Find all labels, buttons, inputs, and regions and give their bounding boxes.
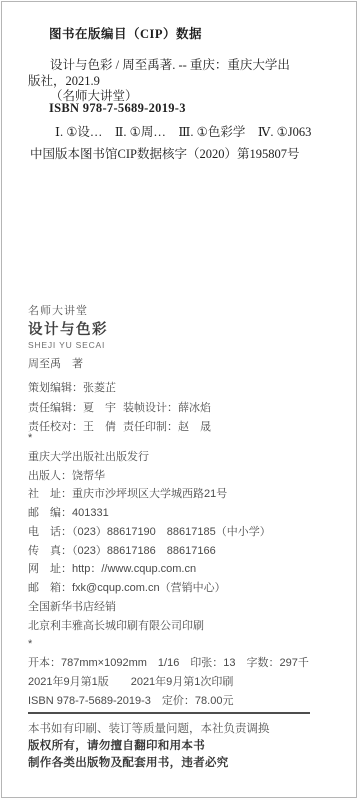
cip-registry-line: 中国版本图书馆CIP数据核字（2020）第195807号	[30, 144, 299, 162]
email-line: 邮 箱：fxk@cqup.com.cn（营销中心）	[28, 579, 309, 598]
cip-isbn-line: ISBN 978-7-5689-2019-3	[49, 101, 186, 116]
binding-designer: 装帧设计：薛冰焰	[123, 399, 211, 415]
cip-heading: 图书在版编目（CIP）数据	[49, 24, 202, 42]
divider-rule	[28, 712, 310, 714]
staff-row: 策划编辑：张菱芷	[28, 379, 328, 399]
isbn-price-line: ISBN 978-7-5689-2019-3 定价：78.00元	[28, 692, 309, 711]
copyright-notice-line1: 版权所有，请勿擅自翻印和用本书	[28, 737, 205, 753]
postcode-line: 邮 编：401331	[28, 504, 309, 523]
author-line: 周至禹 著	[28, 355, 83, 371]
series-name: 名师大讲堂	[28, 302, 88, 318]
publisher-line: 重庆大学出版社出版发行	[28, 448, 309, 467]
website-line: 网 址：http：//www.cqup.com.cn	[28, 560, 309, 579]
quality-notice: 本书如有印刷、装订等质量问题，本社负责调换	[28, 720, 270, 736]
book-title-pinyin: SHEJI YU SECAI	[28, 340, 105, 350]
book-title: 设计与色彩	[28, 318, 108, 339]
colophon-asterisk: *	[28, 635, 309, 654]
distribution-line: 全国新华书店经销	[28, 598, 309, 617]
copyright-notice-line2: 制作各类出版物及配套用书，违者必究	[28, 754, 229, 770]
fax-line: 传 真：（023）88617186 88617166	[28, 542, 309, 561]
printer-line: 北京利丰雅高长城印刷有限公司印刷	[28, 617, 309, 636]
responsible-editor: 责任编辑：夏 宇	[28, 402, 116, 414]
format-line: 开本：787mm×1092mm 1/16 印张：13 字数：297千	[28, 654, 309, 673]
address-line: 社 址：重庆市沙坪坝区大学城西路21号	[28, 485, 309, 504]
cip-classification-line: Ⅰ. ①设… Ⅱ. ①周… Ⅲ. ①色彩学 Ⅳ. ①J063	[55, 122, 311, 140]
publisher-person-line: 出版人：饶帮华	[28, 467, 309, 486]
copyright-page: 图书在版编目（CIP）数据 设计与色彩 / 周至禹著. -- 重庆：重庆大学出 …	[0, 0, 360, 800]
phone-line: 电 话：（023）88617190 88617185（中小学）	[28, 523, 309, 542]
planning-editor: 策划编辑：张菱芷	[28, 382, 116, 394]
staff-row: 责任编辑：夏 宇 装帧设计：薛冰焰	[28, 399, 328, 419]
colophon-asterisk: *	[28, 429, 309, 448]
edition-line: 2021年9月第1版 2021年9月第1次印刷	[28, 673, 309, 692]
